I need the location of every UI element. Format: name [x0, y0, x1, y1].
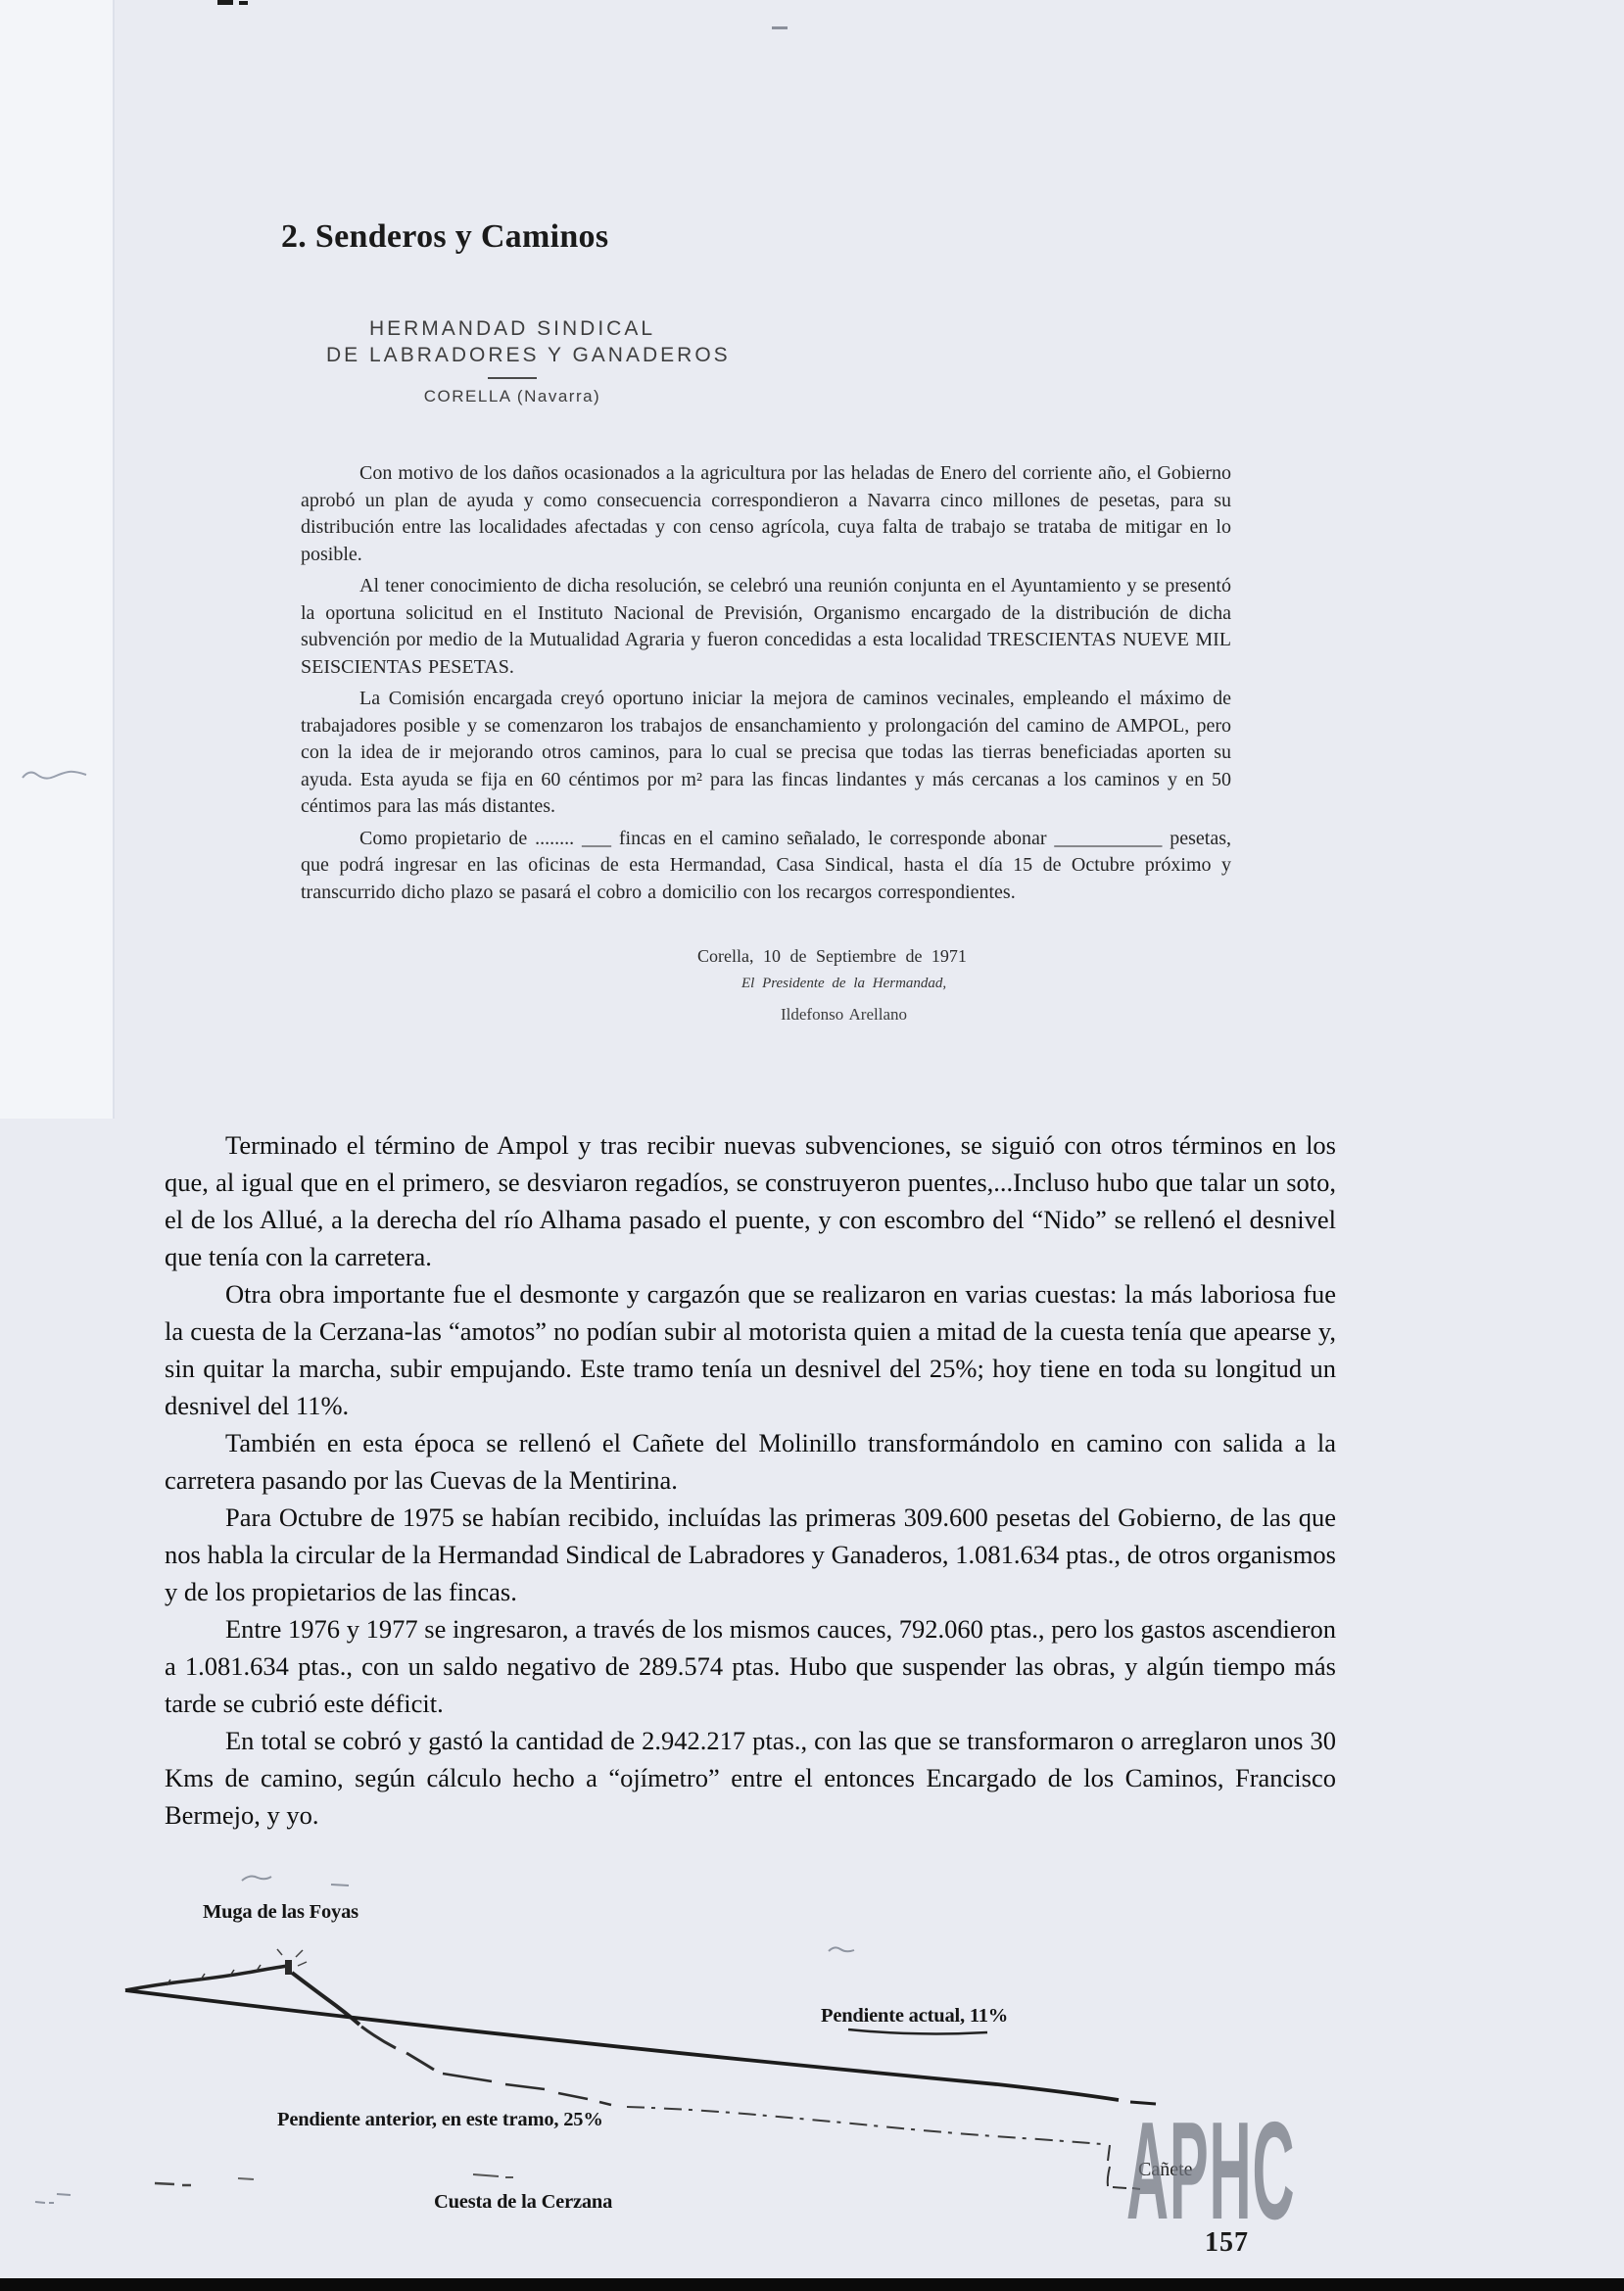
- narrative-paragraph: En total se cobró y gastó la cantidad de…: [165, 1722, 1336, 1834]
- scan-dash: [772, 26, 788, 29]
- letterhead-org-line2: DE LABRADORES Y GANADEROS: [326, 342, 698, 368]
- circular-signature-title: El Presidente de la Hermandad,: [741, 976, 946, 992]
- boundary-marker: [277, 1949, 307, 1975]
- circular-paragraph: Con motivo de los daños ocasionados a la…: [301, 460, 1231, 568]
- letterhead: HERMANDAD SINDICAL DE LABRADORES Y GANAD…: [326, 315, 698, 406]
- circular-paragraph: La Comisión encargada creyó oportuno ini…: [301, 686, 1231, 821]
- circular-signatory: Ildefonso Arellano: [781, 1005, 907, 1025]
- scan-bottom-bar: [0, 2278, 1624, 2291]
- circular-paragraph: Al tener conocimiento de dicha resolució…: [301, 573, 1231, 681]
- section-heading: 2. Senderos y Caminos: [281, 218, 608, 256]
- hill-ridge-line: [125, 1965, 288, 1990]
- scanned-page: 2. Senderos y Caminos HERMANDAD SINDICAL…: [0, 0, 1624, 2291]
- circular-paragraph: Como propietario de ........ ___ fincas …: [301, 826, 1231, 907]
- narrative-paragraph: Para Octubre de 1975 se habían recibido,…: [165, 1499, 1336, 1610]
- label-muga-de-las-foyas: Muga de las Foyas: [203, 1901, 358, 1924]
- narrative-paragraph: Entre 1976 y 1977 se ingresaron, a travé…: [165, 1610, 1336, 1722]
- scan-speck: [239, 1, 248, 5]
- archive-watermark: APHC: [1126, 2102, 1295, 2241]
- circular-dateline: Corella, 10 de Septiembre de 1971: [697, 946, 967, 967]
- label-cuesta-de-la-cerzana: Cuesta de la Cerzana: [434, 2191, 612, 2214]
- narrative-text: Terminado el término de Ampol y tras rec…: [165, 1126, 1336, 1834]
- page-number: 157: [1205, 2227, 1249, 2259]
- scan-edge-line: [113, 0, 115, 1119]
- label-pendiente-actual: Pendiente actual, 11%: [821, 2005, 1008, 2028]
- narrative-paragraph: También en esta época se rellenó el Cañe…: [165, 1424, 1336, 1499]
- narrative-paragraph: Otra obra importante fue el desmonte y c…: [165, 1275, 1336, 1424]
- circular-letter: Con motivo de los daños ocasionados a la…: [301, 460, 1231, 911]
- scan-speck: [217, 0, 233, 5]
- letterhead-org-line1: HERMANDAD SINDICAL: [326, 315, 698, 342]
- letterhead-rule: [488, 377, 537, 379]
- scan-left-margin-strip: [0, 0, 114, 1119]
- letterhead-place: CORELLA (Navarra): [326, 387, 698, 406]
- narrative-paragraph: Terminado el término de Ampol y tras rec…: [165, 1126, 1336, 1275]
- label-pendiente-anterior: Pendiente anterior, en este tramo, 25%: [277, 2109, 603, 2131]
- margin-pencil-note: [20, 764, 98, 788]
